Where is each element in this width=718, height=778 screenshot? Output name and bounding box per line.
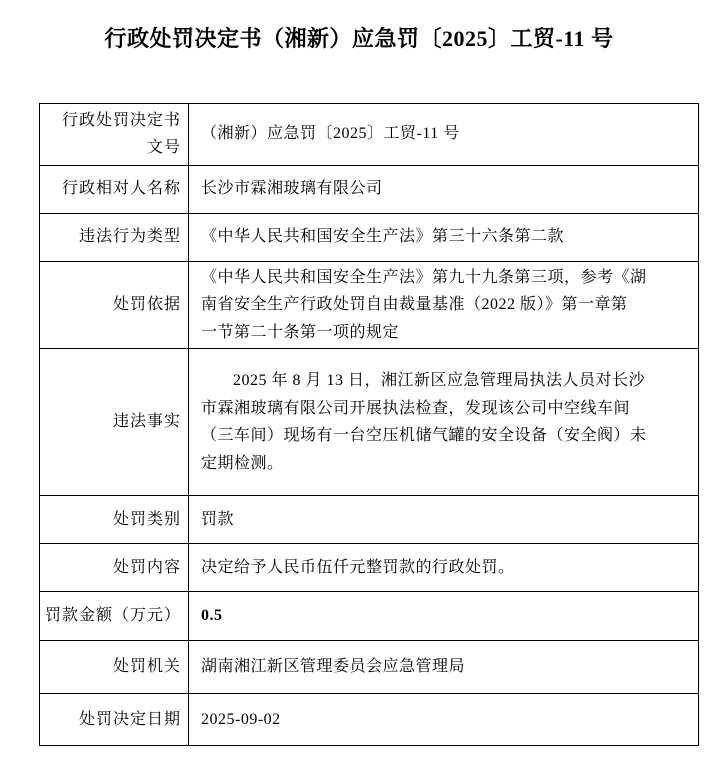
table-row-penalty-category: 处罚类别 罚款: [40, 496, 699, 544]
row-value-party-name: 长沙市霖湘玻璃有限公司: [189, 165, 699, 213]
row-label-decision-date: 处罚决定日期: [40, 694, 189, 746]
row-value-violation-facts: 2025 年 8 月 13 日，湘江新区应急管理局执法人员对长沙 市霖湘玻璃有限…: [189, 349, 699, 496]
row-label-violation-facts: 违法事实: [40, 349, 189, 496]
table-row-party-name: 行政相对人名称 长沙市霖湘玻璃有限公司: [40, 165, 699, 213]
table-row-decision-date: 处罚决定日期 2025-09-02: [40, 694, 699, 746]
table-row-violation-type: 违法行为类型 《中华人民共和国安全生产法》第三十六条第二款: [40, 213, 699, 261]
table-row-penalty-basis: 处罚依据 《中华人民共和国安全生产法》第九十九条第三项，参考《湖 南省安全生产行…: [40, 261, 699, 349]
row-value-doc-number: （湘新）应急罚〔2025〕工贸-11 号: [189, 103, 699, 165]
row-value-violation-type: 《中华人民共和国安全生产法》第三十六条第二款: [189, 213, 699, 261]
table-row-penalty-content: 处罚内容 决定给予人民币伍仟元整罚款的行政处罚。: [40, 544, 699, 592]
row-label-fine-amount: 罚款金额（万元）: [40, 592, 189, 641]
table-row-fine-amount: 罚款金额（万元） 0.5: [40, 592, 699, 641]
row-label-penalty-authority: 处罚机关: [40, 641, 189, 694]
table-row-violation-facts: 违法事实 2025 年 8 月 13 日，湘江新区应急管理局执法人员对长沙 市霖…: [40, 349, 699, 496]
penalty-table: 行政处罚决定书 文号 （湘新）应急罚〔2025〕工贸-11 号 行政相对人名称 …: [39, 103, 699, 747]
row-label-penalty-content: 处罚内容: [40, 544, 189, 592]
table-row-penalty-authority: 处罚机关 湖南湘江新区管理委员会应急管理局: [40, 641, 699, 694]
row-label-penalty-basis: 处罚依据: [40, 261, 189, 349]
row-value-penalty-authority: 湖南湘江新区管理委员会应急管理局: [189, 641, 699, 694]
row-value-fine-amount: 0.5: [189, 592, 699, 641]
row-value-penalty-basis: 《中华人民共和国安全生产法》第九十九条第三项，参考《湖 南省安全生产行政处罚自由…: [189, 261, 699, 349]
row-label-doc-number: 行政处罚决定书 文号: [40, 103, 189, 165]
row-label-party-name: 行政相对人名称: [40, 165, 189, 213]
row-value-penalty-category: 罚款: [189, 496, 699, 544]
row-label-violation-type: 违法行为类型: [40, 213, 189, 261]
row-value-penalty-content: 决定给予人民币伍仟元整罚款的行政处罚。: [189, 544, 699, 592]
row-value-decision-date: 2025-09-02: [189, 694, 699, 746]
document-title: 行政处罚决定书（湘新）应急罚〔2025〕工贸-11 号: [0, 0, 718, 54]
table-row-doc-number: 行政处罚决定书 文号 （湘新）应急罚〔2025〕工贸-11 号: [40, 103, 699, 165]
row-label-penalty-category: 处罚类别: [40, 496, 189, 544]
document-page: 行政处罚决定书（湘新）应急罚〔2025〕工贸-11 号 行政处罚决定书 文号 （…: [0, 0, 718, 746]
